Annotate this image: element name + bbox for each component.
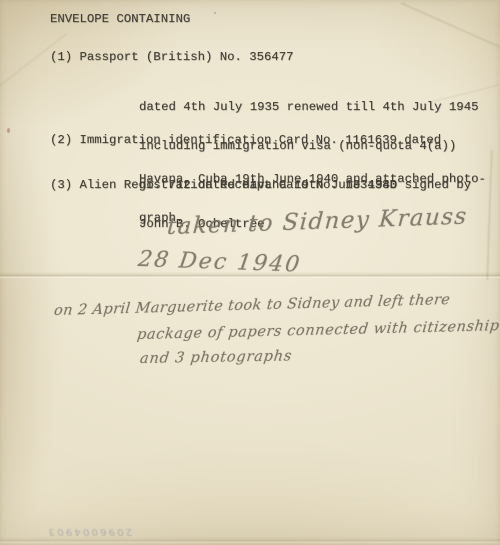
top-right-crease <box>401 2 500 54</box>
list-item-3-alien-registration: (3) Alien Registration Receipt Card No. … <box>50 179 397 192</box>
list-item-2-immigration-card: (2) Immigration identification Card No. … <box>50 134 441 147</box>
paper-speck <box>214 12 216 14</box>
list-item-1-passport: (1) Passport (British) No. 356477 <box>50 51 294 64</box>
ink-note-line-3: and 3 photographs <box>139 348 293 367</box>
archive-stamp: 2096004903 <box>9 526 133 537</box>
document-title: ENVELOPE CONTAINING <box>50 13 190 26</box>
right-edge-crease <box>486 150 493 280</box>
bottom-edge-crease <box>0 537 500 544</box>
paper-speck <box>7 128 10 133</box>
passport-detail-line-1: dated 4th July 1935 renewed till 4th Jul… <box>139 101 478 114</box>
scanned-document-page: ENVELOPE CONTAINING (1) Passport (Britis… <box>0 0 500 545</box>
ink-note-line-1: on 2 April Marguerite took to Sidney and… <box>53 292 451 319</box>
horizontal-fold-crease <box>0 272 500 279</box>
ink-note-line-2: package of papers connected with citizen… <box>136 318 500 343</box>
